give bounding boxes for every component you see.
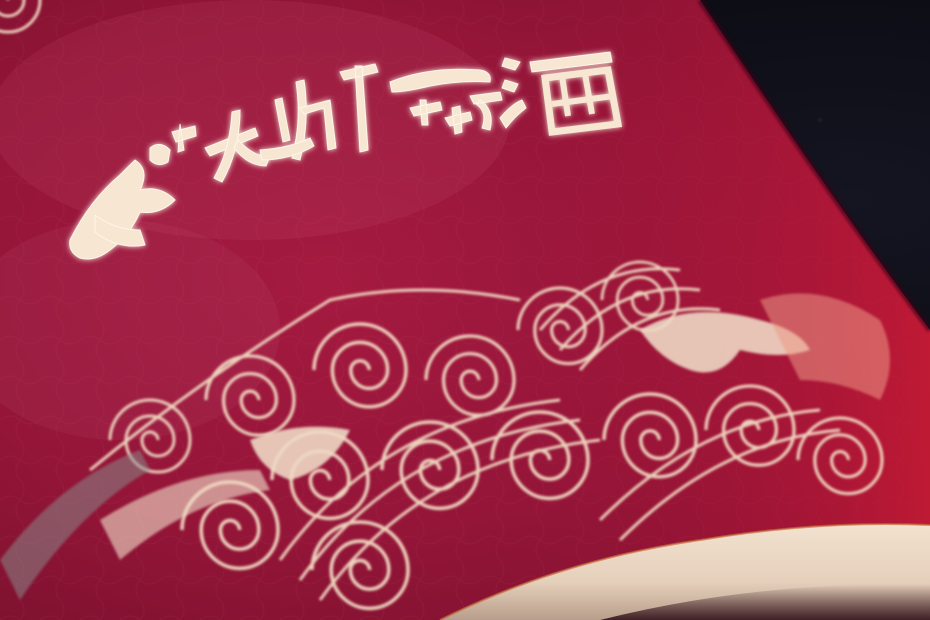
photo-scene: Close-up of red textured wine package wi… — [0, 0, 930, 620]
package-illustration — [0, 0, 930, 620]
